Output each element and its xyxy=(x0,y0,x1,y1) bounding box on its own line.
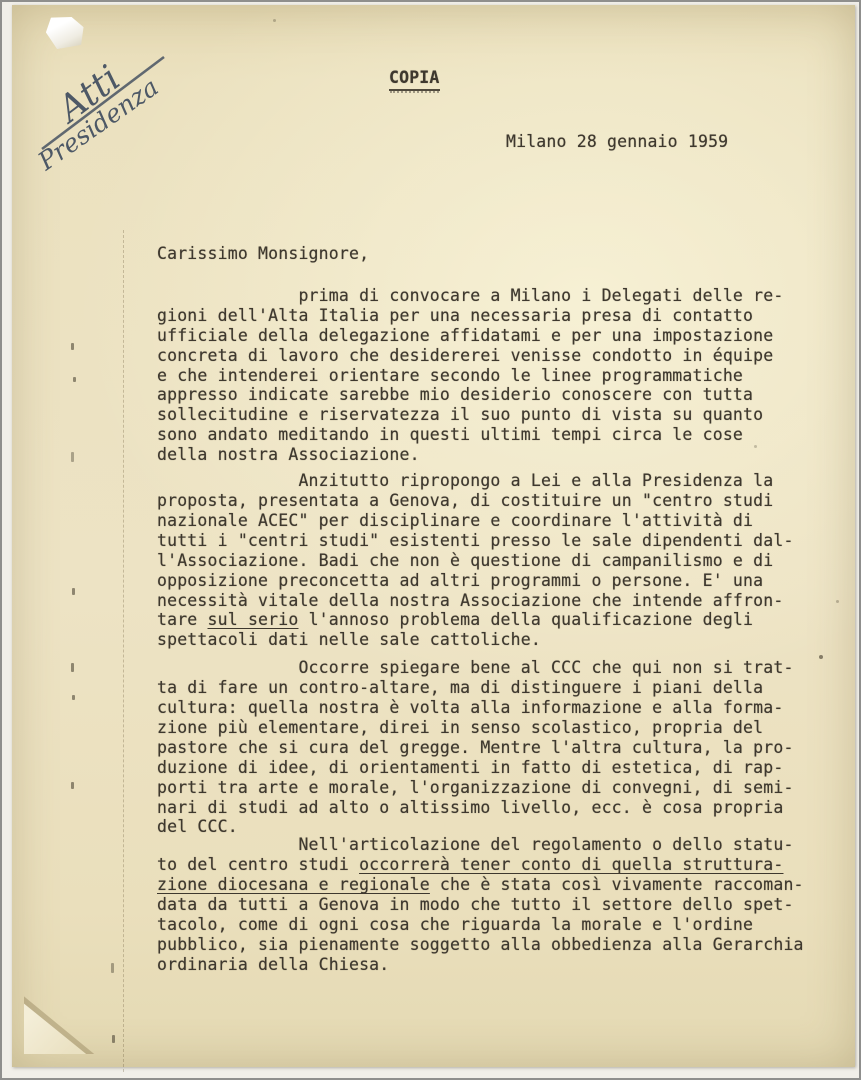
letter-line: proposta, presentata a Genova, di costit… xyxy=(157,491,847,511)
paragraph: prima di convocare a Milano i Delegati d… xyxy=(157,286,847,465)
letter-line: del CCC. xyxy=(157,817,847,837)
date-line: Milano 28 gennaio 1959 xyxy=(506,132,728,152)
paragraph: Occorre spiegare bene al CCC che qui non… xyxy=(157,658,847,837)
letter-line: Occorre spiegare bene al CCC che qui non… xyxy=(157,658,847,678)
letter-line: cultura: quella nostra è volta alla info… xyxy=(157,698,847,718)
fold-crease-vertical xyxy=(123,230,124,1072)
letter-line: pubblico, sia pienamente soggetto alla o… xyxy=(157,935,847,955)
paragraph: Nell'articolazione del regolamento o del… xyxy=(157,835,847,974)
letter-line: nazionale ACEC" per disciplinare e coord… xyxy=(157,511,847,531)
letter-line: Anzitutto ripropongo a Lei e alla Presid… xyxy=(157,471,847,491)
letter-line: tare sul serio l'annoso problema della q… xyxy=(157,610,847,630)
letter-line: appresso indicate sarebbe mio desiderio … xyxy=(157,385,847,405)
letter-paragraphs: prima di convocare a Milano i Delegati d… xyxy=(157,286,847,975)
letter-line: opposizione preconcetta ad altri program… xyxy=(157,571,847,591)
letter-line: gioni dell'Alta Italia per una necessari… xyxy=(157,306,847,326)
letter-line: nari di studi ad alto o altissimo livell… xyxy=(157,798,847,818)
handwritten-annotation: Atti Presidenza xyxy=(12,19,252,209)
letter-line: sollecitudine e riservatezza il suo punt… xyxy=(157,405,847,425)
letter-line: porti tra arte e morale, l'organizzazion… xyxy=(157,778,847,798)
paragraph: Anzitutto ripropongo a Lei e alla Presid… xyxy=(157,471,847,650)
letter-line: zione diocesana e regionale che è stata … xyxy=(157,875,847,895)
salutation: Carissimo Monsignore, xyxy=(157,244,847,264)
letter-line: ordinaria della Chiesa. xyxy=(157,955,847,975)
corner-fold xyxy=(24,994,98,1054)
letter-line: tutti i "centri studi" esistenti presso … xyxy=(157,531,847,551)
letter-line: spettacoli dati nelle sale cattoliche. xyxy=(157,630,847,650)
letter-line: to del centro studi occorrerà tener cont… xyxy=(157,855,847,875)
letter-line: l'Associazione. Badi che non è questione… xyxy=(157,551,847,571)
copy-label: COPIA xyxy=(389,68,440,91)
letter-line: e che intenderei orientare secondo le li… xyxy=(157,366,847,386)
letter-line: zione più elementare, direi in senso sco… xyxy=(157,718,847,738)
letter-line: Nell'articolazione del regolamento o del… xyxy=(157,835,847,855)
letter-line: duzione di idee, di orientamenti in fatt… xyxy=(157,758,847,778)
letter-line: ufficiale della delegazione affidatami e… xyxy=(157,326,847,346)
letter-line: data da tutti a Genova in modo che tutto… xyxy=(157,895,847,915)
letter-line: ta di fare un contro-altare, ma di disti… xyxy=(157,678,847,698)
letter-line: sono andato meditando in questi ultimi t… xyxy=(157,425,847,445)
letter-line: pastore che si cura del gregge. Mentre l… xyxy=(157,738,847,758)
letter-line: prima di convocare a Milano i Delegati d… xyxy=(157,286,847,306)
letter-line: necessità vitale della nostra Associazio… xyxy=(157,591,847,611)
letter-line: tacolo, come di ogni cosa che riguarda l… xyxy=(157,915,847,935)
letter-line: concreta di lavoro che desidererei venis… xyxy=(157,346,847,366)
letter-line: della nostra Associazione. xyxy=(157,445,847,465)
letter-body: Carissimo Monsignore, prima di convocare… xyxy=(157,244,847,975)
